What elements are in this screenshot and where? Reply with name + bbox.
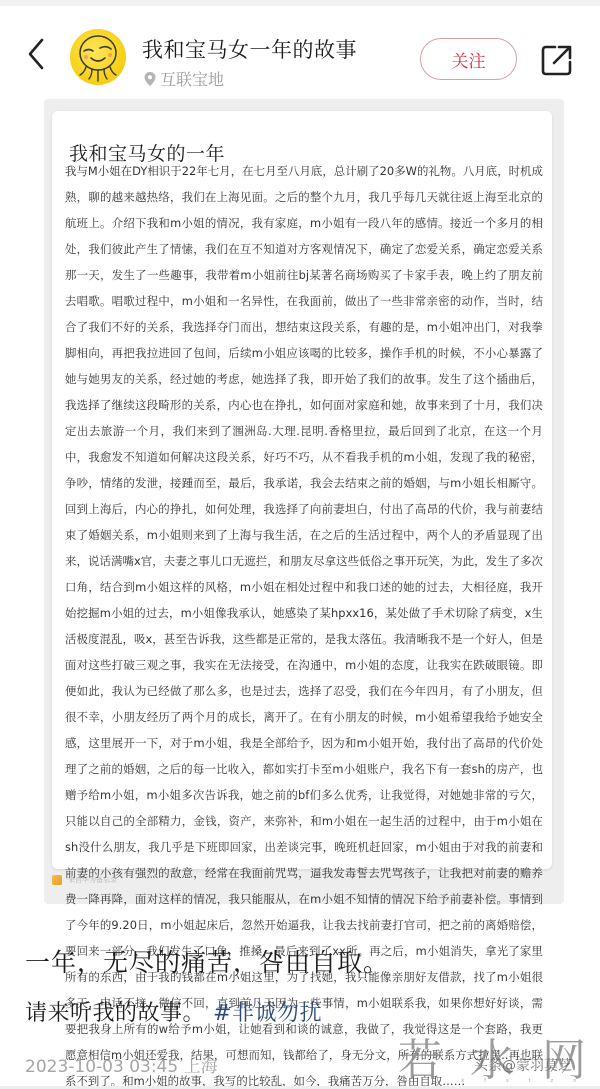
follow-button[interactable]: 关注 [420,38,517,80]
hashtag-link[interactable]: #非诚勿扰 [213,1001,322,1026]
notes-app-icon [52,875,62,885]
octopus-face-icon [70,29,126,85]
map-pin-icon [143,71,157,87]
note-source-label: 来自华为备忘录 [68,875,117,885]
status-divider [0,0,600,6]
chevron-left-icon [22,34,52,74]
avatar[interactable] [70,29,126,85]
post-headline: 一年，无尽的痛苦，咎由自取。 [25,943,389,979]
watermark-source: 头条@蒙羽莫芝 [474,1055,572,1075]
post-region: 上海 [184,1057,218,1077]
post-timestamp: 2023-10-03 03:45 [25,1057,178,1077]
note-footer: 来自华为备忘录 [52,875,117,885]
share-button[interactable] [540,43,574,77]
post-subtitle-text: 请来听我的故事。 [25,1001,205,1026]
post-header: 我和宝马女一年的故事 互联宝地 关注 [0,10,600,96]
location-tag[interactable]: 互联宝地 [143,67,224,90]
post-meta: 2023-10-03 03:45 上海 [25,1052,218,1077]
post-title: 我和宝马女一年的故事 [142,34,357,64]
post-subtitle: 请来听我的故事。#非诚勿扰 [25,996,322,1027]
note-card: 我和宝马女的一年 我与M小姐在DY相识于22年七月，在七月至八月底，总计刷了20… [52,111,552,869]
back-button[interactable] [22,34,52,74]
share-external-icon [540,43,574,77]
watermark-sub: lkfstzn sxnsfsxd nsfqsxnt [440,1078,600,1084]
location-label: 互联宝地 [160,67,224,90]
